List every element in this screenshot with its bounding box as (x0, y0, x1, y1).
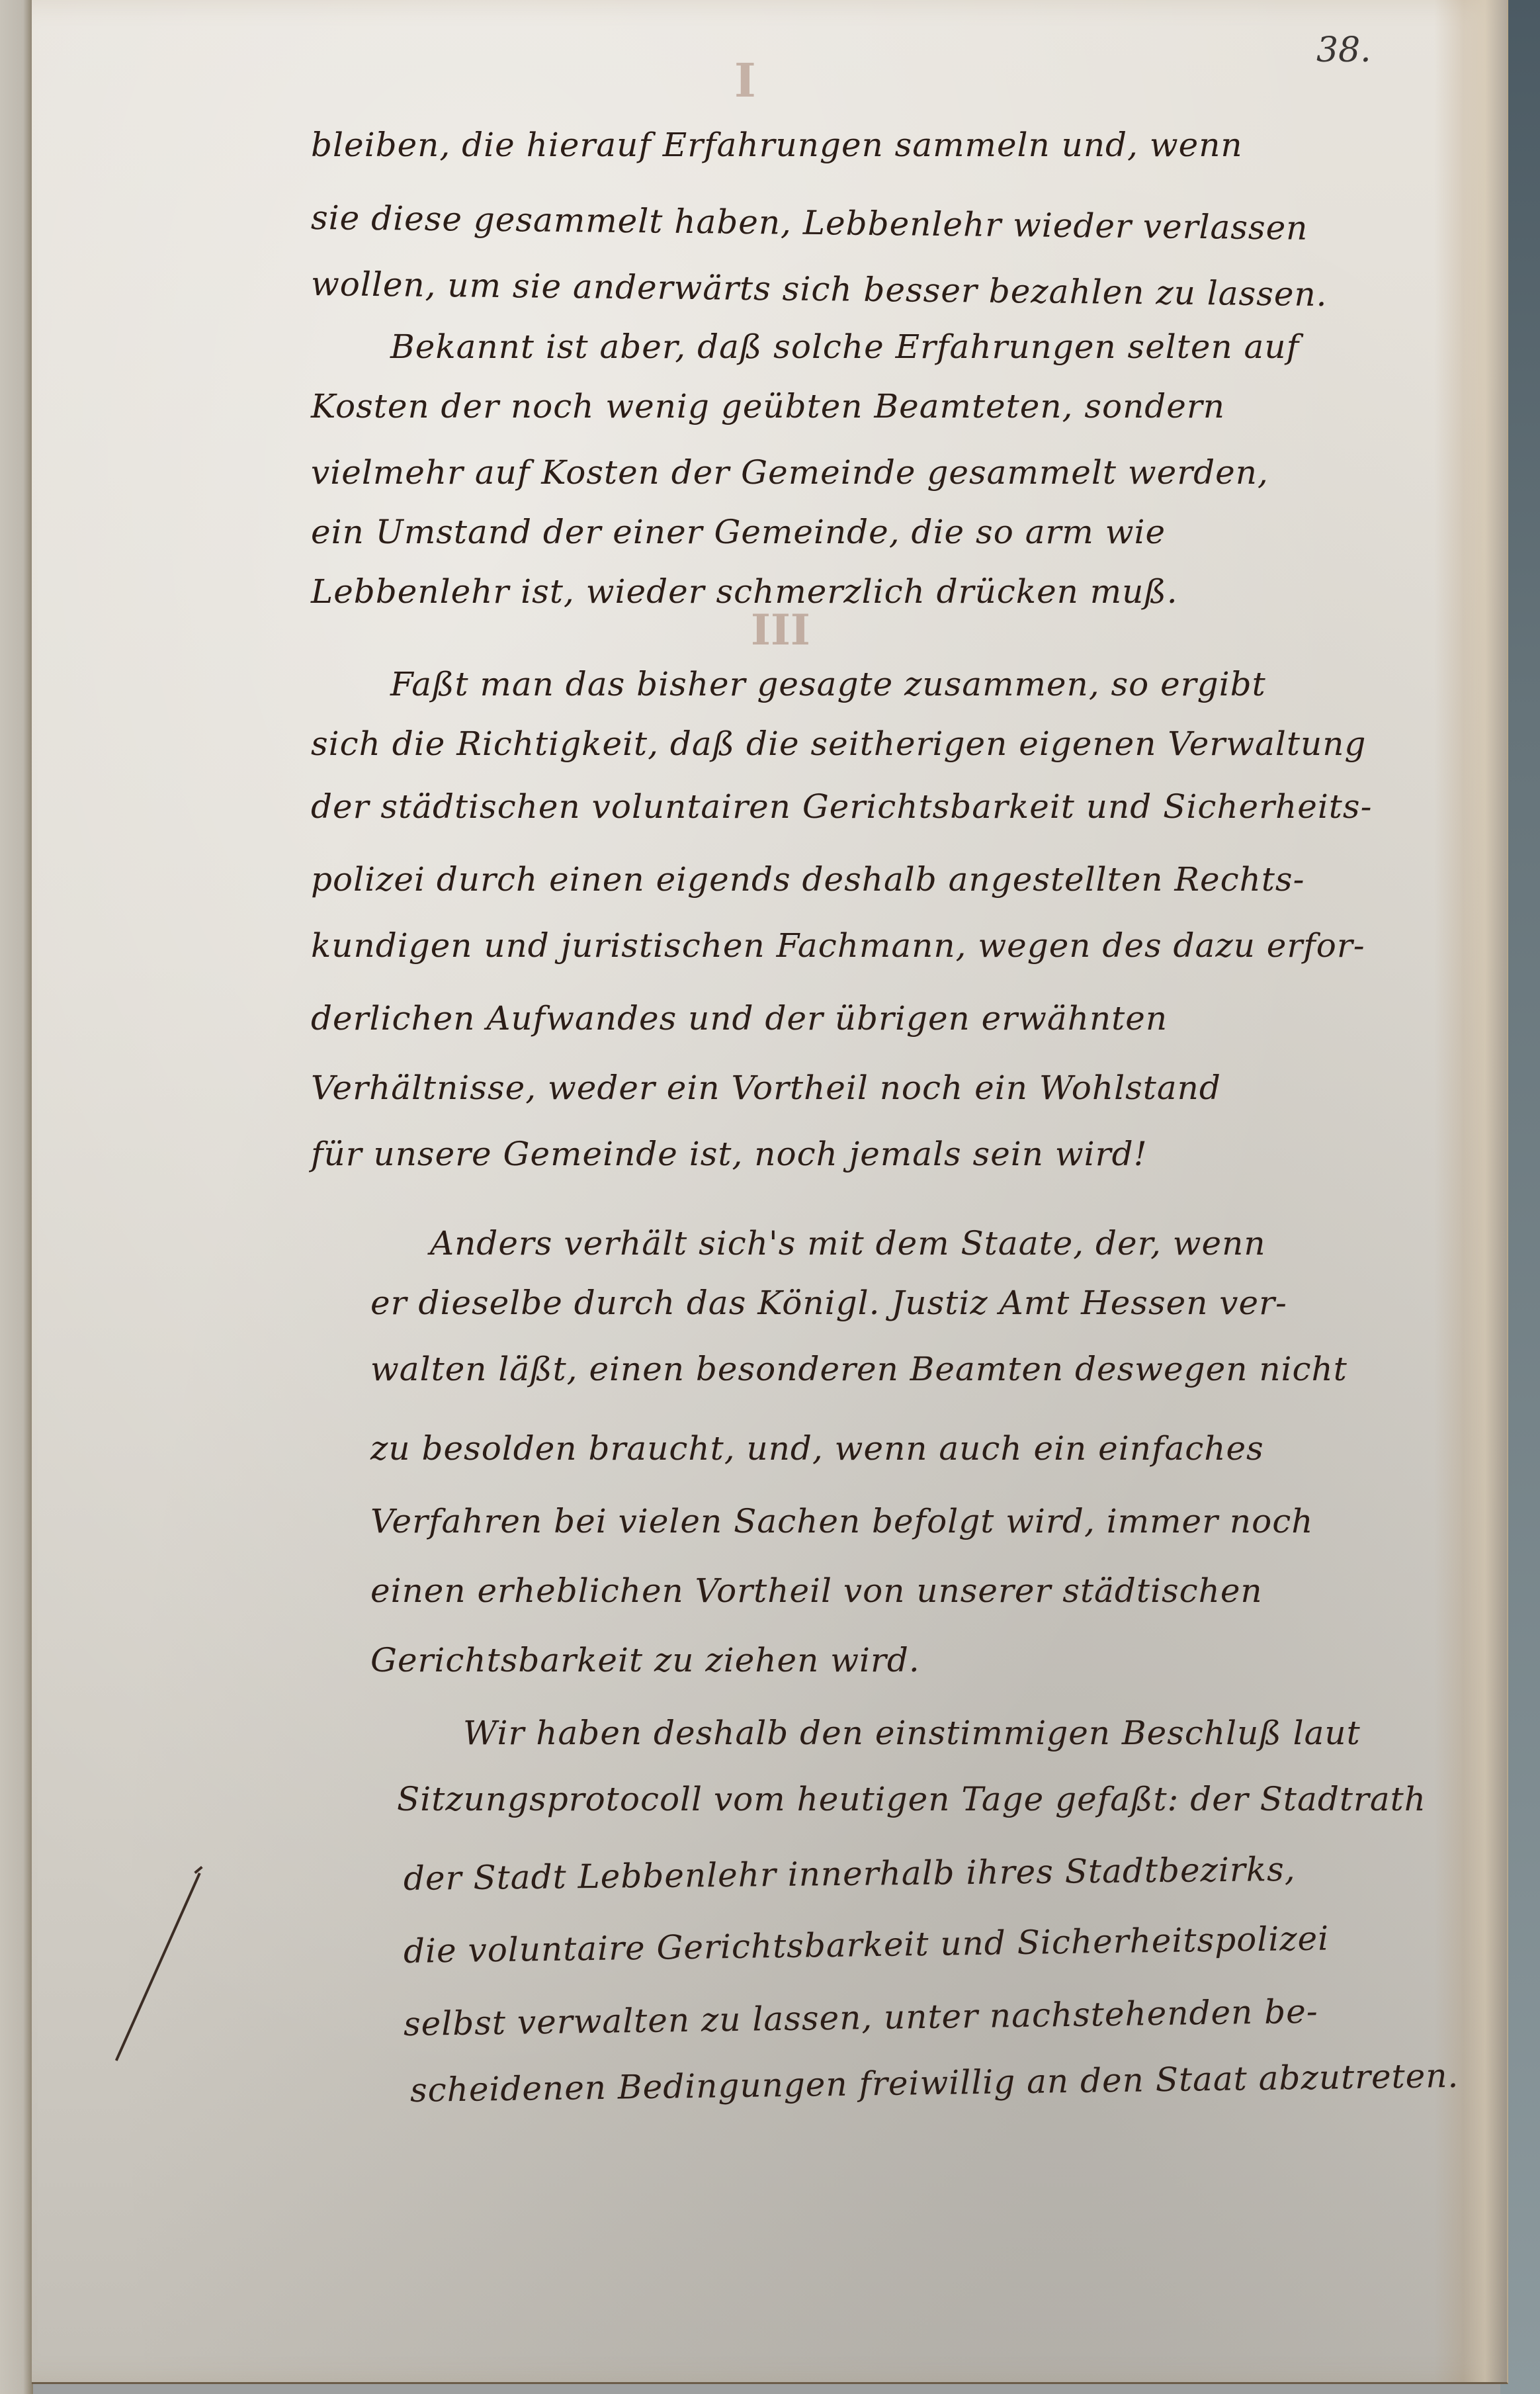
text-line: zu besolden braucht, und, wenn auch ein … (370, 1429, 1264, 1468)
text-line: Lebbenlehr ist, wieder schmerzlich drück… (311, 572, 1178, 611)
pencil-mark-roman-three: III (751, 605, 810, 655)
text-line: vielmehr auf Kosten der Gemeinde gesamme… (311, 453, 1269, 492)
text-line: Bekannt ist aber, daß solche Erfahrungen… (390, 328, 1299, 366)
text-line: er dieselbe durch das Königl. Justiz Amt… (370, 1284, 1287, 1322)
page-number: 38. (1316, 30, 1371, 70)
text-line: Verhältnisse, weder ein Vortheil noch ei… (311, 1069, 1221, 1107)
text-line: Verfahren bei vielen Sachen befolgt wird… (370, 1502, 1313, 1540)
text-line: Faßt man das bisher gesagte zusammen, so… (390, 665, 1266, 703)
text-line: bleiben, die hierauf Erfahrungen sammeln… (311, 126, 1243, 164)
text-line: der städtischen voluntairen Gerichtsbark… (311, 787, 1372, 826)
text-line: sich die Richtigkeit, daß die seitherige… (311, 725, 1366, 763)
text-line: Kosten der noch wenig geübten Beamteten,… (311, 387, 1225, 425)
binding-edge (1434, 0, 1507, 2382)
underlying-sheet-edge (0, 0, 33, 2394)
text-line: derlichen Aufwandes und der übrigen erwä… (311, 999, 1168, 1038)
text-line: Sitzungsprotocoll vom heutigen Tage gefa… (397, 1780, 1426, 1818)
text-line: kundigen und juristischen Fachmann, wege… (311, 926, 1365, 965)
text-line: Gerichtsbarkeit zu ziehen wird. (370, 1641, 920, 1679)
text-line: walten läßt, einen besonderen Beamten de… (370, 1350, 1347, 1388)
text-line: einen erheblichen Vortheil von unserer s… (370, 1572, 1263, 1610)
text-line: Wir haben deshalb den einstimmigen Besch… (463, 1714, 1361, 1752)
text-line: polizei durch einen eigends deshalb ange… (311, 860, 1305, 899)
text-line: für unsere Gemeinde ist, noch jemals sei… (311, 1135, 1148, 1173)
text-line: Anders verhält sich's mit dem Staate, de… (430, 1224, 1266, 1263)
text-line: ein Umstand der einer Gemeinde, die so a… (311, 513, 1166, 551)
pencil-mark-roman-one: I (734, 53, 756, 108)
